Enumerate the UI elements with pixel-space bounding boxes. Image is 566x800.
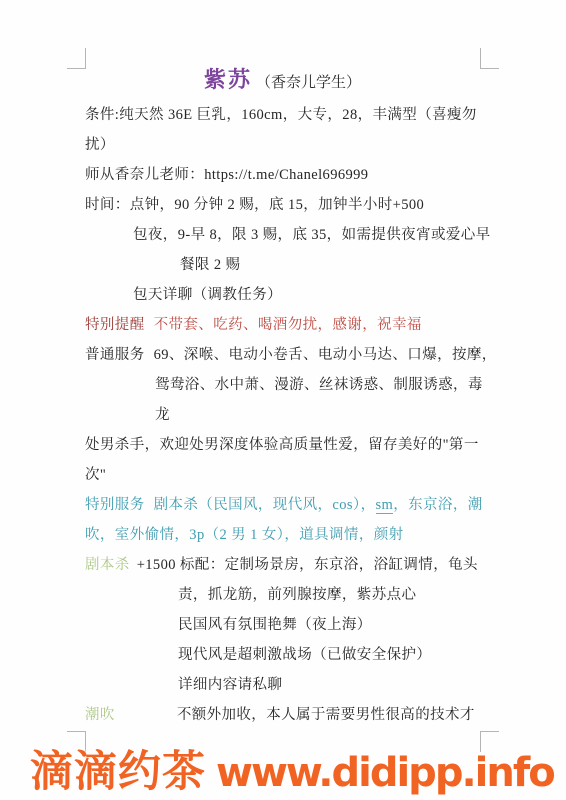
body-line: 特别提醒不带套、吃药、喝酒勿扰，感谢，祝幸福 bbox=[85, 310, 505, 340]
text-segment: 条件:纯天然 36E 巨乳，160cm，大专，28，丰满型（喜瘦勿 bbox=[85, 107, 477, 123]
text-segment: +1500 标配：定制场景房，东京浴，浴缸调情，龟头 bbox=[137, 557, 478, 573]
text-segment: 师从香奈儿老师： bbox=[85, 167, 204, 183]
text-segment: 责，抓龙筋，前列腺按摩，紫苏点心 bbox=[178, 587, 416, 603]
text-segment: 剧本杀（民国风，现代风，cos）， bbox=[154, 497, 376, 513]
body-line: 次" bbox=[85, 460, 505, 490]
telegram-link[interactable]: https://t.me/Chanel696999 bbox=[204, 167, 368, 183]
text-segment: 次" bbox=[85, 467, 106, 483]
text-segment: 详细内容请私聊 bbox=[178, 677, 282, 693]
watermark-cn-text: 滴滴约茶 bbox=[30, 747, 206, 797]
body-line: 处男杀手，欢迎处男深度体验高质量性爱，留存美好的"第一 bbox=[85, 430, 505, 460]
body-line: 包夜，9-早 8，限 3 赐，底 35，如需提供夜宵或爱心早 bbox=[133, 220, 505, 250]
body-line: 扰） bbox=[85, 130, 505, 160]
body-line: 条件:纯天然 36E 巨乳，160cm，大专，28，丰满型（喜瘦勿 bbox=[85, 100, 505, 130]
title-suffix: （香奈儿学生） bbox=[256, 75, 361, 91]
text-segment: 特别提醒 bbox=[85, 317, 145, 333]
crop-mark-top-left bbox=[67, 48, 86, 69]
text-segment: 现代风是超刺激战场（已做安全保护） bbox=[178, 647, 431, 663]
body-line: 师从香奈儿老师：https://t.me/Chanel696999 bbox=[85, 160, 505, 190]
text-segment: 普通服务 bbox=[85, 347, 145, 363]
body-line: 特别服务剧本杀（民国风，现代风，cos），sm，东京浴，潮 bbox=[85, 490, 505, 520]
title-text: 紫苏 bbox=[204, 67, 252, 92]
text-segment: 包天详聊（调教任务） bbox=[133, 287, 282, 303]
text-segment: 时间：点钟，90 分钟 2 赐，底 15，加钟半小时+500 bbox=[85, 197, 424, 213]
body-line: 普通服务69、深喉、电动小卷舌、电动小马达、口爆，按摩， bbox=[85, 340, 505, 370]
text-segment: 鸳鸯浴、水中萧、漫游、丝袜诱惑、制服诱惑，毒 bbox=[155, 377, 483, 393]
text-segment: 扰） bbox=[85, 137, 115, 153]
body-line: 包天详聊（调教任务） bbox=[133, 280, 505, 310]
text-segment: 处男杀手，欢迎处男深度体验高质量性爱，留存美好的"第一 bbox=[85, 437, 479, 453]
body-line: 潮吹不额外加收，本人属于需要男性很高的技术才 bbox=[85, 700, 505, 730]
body-line: 现代风是超刺激战场（已做安全保护） bbox=[178, 640, 505, 670]
text-segment: 不额外加收，本人属于需要男性很高的技术才 bbox=[177, 707, 475, 723]
text-segment: 餐限 2 赐 bbox=[180, 257, 240, 273]
body-line: 餐限 2 赐 bbox=[180, 250, 505, 280]
text-segment: sm bbox=[376, 497, 394, 514]
text-segment: 69、深喉、电动小卷舌、电动小马达、口爆，按摩， bbox=[154, 347, 497, 363]
watermark-url: www.didipp.info bbox=[216, 750, 554, 796]
text-segment: ，东京浴，潮 bbox=[393, 497, 482, 513]
body-line: 民国风有氛围艳舞（夜上海） bbox=[178, 610, 505, 640]
body-line: 鸳鸯浴、水中萧、漫游、丝袜诱惑、制服诱惑，毒 bbox=[155, 370, 505, 400]
page-title: 紫苏（香奈儿学生） bbox=[85, 64, 480, 96]
body-line: 责，抓龙筋，前列腺按摩，紫苏点心 bbox=[178, 580, 505, 610]
crop-mark-top-right bbox=[480, 48, 499, 69]
text-segment: 潮吹 bbox=[85, 707, 115, 723]
document-page: 紫苏（香奈儿学生） 条件:纯天然 36E 巨乳，160cm，大专，28，丰满型（… bbox=[0, 0, 566, 800]
document-body: 条件:纯天然 36E 巨乳，160cm，大专，28，丰满型（喜瘦勿扰）师从香奈儿… bbox=[85, 100, 505, 730]
text-segment: 民国风有氛围艳舞（夜上海） bbox=[178, 617, 372, 633]
body-line: 吹，室外偷情，3p（2 男 1 女），道具调情，颜射 bbox=[85, 520, 505, 550]
text-segment: 龙 bbox=[155, 407, 170, 423]
body-line: 详细内容请私聊 bbox=[178, 670, 505, 700]
text-segment: 吹，室外偷情，3p（2 男 1 女），道具调情，颜射 bbox=[85, 527, 404, 543]
body-line: 龙 bbox=[155, 400, 505, 430]
body-line: 剧本杀+1500 标配：定制场景房，东京浴，浴缸调情，龟头 bbox=[85, 550, 505, 580]
text-segment: 不带套、吃药、喝酒勿扰，感谢，祝幸福 bbox=[154, 317, 422, 333]
text-segment: 剧本杀 bbox=[85, 557, 130, 573]
body-line: 时间：点钟，90 分钟 2 赐，底 15，加钟半小时+500 bbox=[85, 190, 505, 220]
watermark: 滴滴约茶www.didipp.info bbox=[30, 738, 554, 799]
text-segment: 特别服务 bbox=[85, 497, 145, 513]
text-segment: 包夜，9-早 8，限 3 赐，底 35，如需提供夜宵或爱心早 bbox=[133, 227, 491, 243]
